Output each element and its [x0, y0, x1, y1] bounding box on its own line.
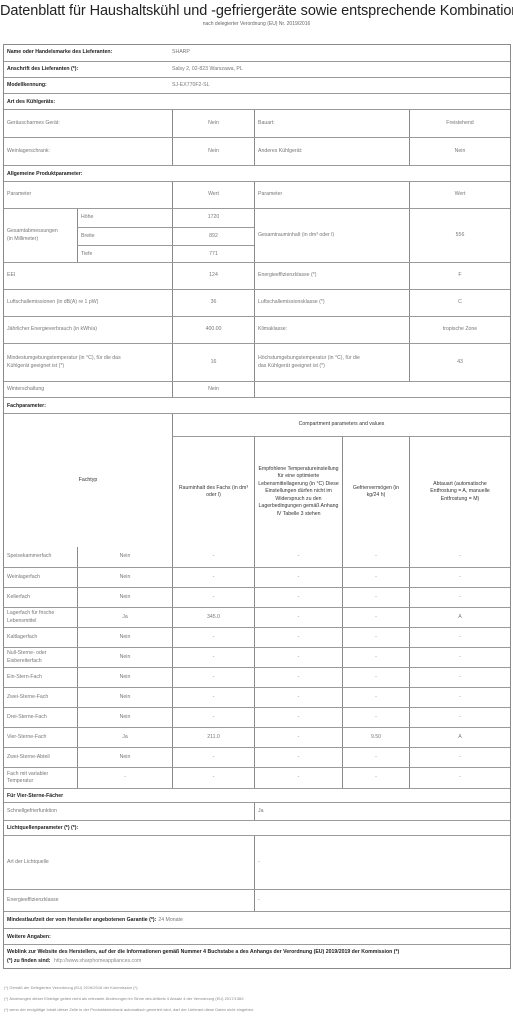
- general-param-row: Mindestumgebungstemperatur (in °C), für …: [4, 343, 510, 381]
- light-type-row: Art der Lichtquelle -: [4, 835, 510, 889]
- compartment-present: Nein: [77, 628, 172, 647]
- compartment-present: Nein: [77, 588, 172, 607]
- compartment-defrost: A: [409, 608, 510, 627]
- compartment-type: Weinlagerfach: [4, 568, 77, 587]
- compartment-type: Kellerfach: [4, 588, 77, 607]
- compartment-defrost: -: [409, 688, 510, 707]
- compartment-freeze: -: [342, 547, 409, 567]
- compartment-present: Ja: [77, 728, 172, 747]
- compartment-temp: -: [254, 588, 342, 607]
- weblink-label: Weblink zur Website des Herstellers, auf…: [7, 948, 399, 956]
- light-class-row: Energieeffizienzklasse -: [4, 889, 510, 911]
- low-noise-value: Nein: [172, 110, 254, 137]
- compartment-freeze: -: [342, 568, 409, 587]
- compartment-present: Nein: [77, 688, 172, 707]
- total-volume-value: 556: [409, 209, 510, 262]
- col-volume-header: Rauminhalt des Fachs (in dm³ oder l): [172, 436, 254, 547]
- col-freeze-header: Gefriervermögen (in kg/24 h): [342, 436, 409, 547]
- compartment-freeze: -: [342, 668, 409, 687]
- compartment-row: Zwei-Sterne-FachNein----: [4, 687, 510, 707]
- footnote-1: (*) Gemäß der Delegierten Verordnung (EU…: [4, 985, 139, 990]
- other-appliance-label: Anderes Kühlgerät:: [254, 138, 409, 165]
- depth-label: Tiefe: [77, 245, 172, 263]
- general-param-row: Jährlicher Energieverbrauch (in kWh/a) 4…: [4, 316, 510, 343]
- eei-value: 124: [172, 263, 254, 289]
- climate-class-value: tropische Zone: [409, 317, 510, 343]
- total-volume-label: Gesamtrauminhalt (in dm³ oder l): [254, 209, 409, 262]
- compartment-defrost: -: [409, 568, 510, 587]
- footnote-2: (*) Änderungen dieser Einträge gelten ni…: [4, 996, 245, 1001]
- compartments-header-row: Fachtyp Compartment parameters and value…: [4, 413, 510, 547]
- width-label: Breite: [77, 227, 172, 245]
- light-heading: Lichtquellenparameter (*) (*):: [7, 821, 78, 835]
- compartment-group-header: Compartment parameters and values: [172, 414, 510, 436]
- supplier-name-label: Name oder Handelsmarke des Lieferanten:: [4, 45, 169, 61]
- compartment-volume: -: [172, 628, 254, 647]
- compartment-defrost: -: [409, 668, 510, 687]
- weblink-url[interactable]: http://www.sharphomeappliances.com: [54, 958, 141, 964]
- supplier-address-label: Anschrift des Lieferanten (*):: [4, 62, 169, 77]
- height-value: 1720: [172, 209, 254, 227]
- compartment-present: Ja: [77, 608, 172, 627]
- light-class-value: -: [254, 890, 510, 911]
- appliance-type-row: Weinlagerschrank: Nein Anderes Kühlgerät…: [4, 137, 510, 165]
- param-col-header: Parameter: [4, 182, 172, 208]
- compartment-present: Nein: [77, 547, 172, 567]
- low-noise-label: Geräuscharmes Gerät:: [4, 110, 172, 137]
- compartment-temp: -: [254, 708, 342, 727]
- compartment-type: Null-Sterne- oder Eisbereiterfach: [4, 648, 77, 667]
- compartment-temp: -: [254, 628, 342, 647]
- compartment-row: WeinlagerfachNein----: [4, 567, 510, 587]
- winter-row: Winterschaltung Nein: [4, 381, 510, 397]
- compartment-defrost: -: [409, 748, 510, 767]
- compartment-type: Ein-Stern-Fach: [4, 668, 77, 687]
- light-type-value: -: [254, 836, 510, 889]
- further-heading: Weitere Angaben:: [7, 929, 51, 944]
- compartment-temp: -: [254, 748, 342, 767]
- compartment-volume: -: [172, 748, 254, 767]
- compartment-temp: -: [254, 728, 342, 747]
- depth-value: 771: [172, 245, 254, 263]
- compartment-row: Lagerfach für frische LebensmittelJa345.…: [4, 607, 510, 627]
- general-header-row: Parameter Wert Parameter Wert: [4, 181, 510, 208]
- energy-class-value: F: [409, 263, 510, 289]
- compartment-freeze: -: [342, 708, 409, 727]
- compartment-row: SpeisekammerfachNein----: [4, 547, 510, 567]
- noise-class-label: Luftschallemissionsklasse (*): [254, 290, 409, 316]
- col-defrost-header: Abtauart (automatische Entfrostung = A, …: [409, 436, 510, 547]
- supplier-address-value: Salsy 2, 02-823 Warszawa, PL: [169, 62, 469, 77]
- value-col-header-2: Wert: [409, 182, 510, 208]
- compartment-volume: -: [172, 547, 254, 567]
- compartment-volume: -: [172, 588, 254, 607]
- compartment-freeze: -: [342, 628, 409, 647]
- noise-class-value: C: [409, 290, 510, 316]
- light-class-label: Energieeffizienzklasse: [4, 890, 254, 911]
- compartment-freeze: -: [342, 608, 409, 627]
- general-section: Allgemeine Produktparameter:: [4, 165, 510, 181]
- compartment-temp: -: [254, 568, 342, 587]
- compartment-row: Fach mit variabler Temperatur-----: [4, 767, 510, 788]
- model-value: SJ-EX770F2-SL: [169, 78, 469, 93]
- model-row: Modellkennung: SJ-EX770F2-SL: [4, 77, 510, 93]
- compartment-volume: -: [172, 688, 254, 707]
- compartment-type: Lagerfach für frische Lebensmittel: [4, 608, 77, 627]
- col-temp-header: Empfohlene Temperatureinstellung für ein…: [254, 436, 342, 547]
- dimensions-row: Gesamtabmessungen (in Millimeter) Höhe B…: [4, 208, 510, 262]
- compartment-volume: -: [172, 708, 254, 727]
- noise-value: 36: [172, 290, 254, 316]
- compartment-volume: -: [172, 768, 254, 788]
- dimensions-label: Gesamtabmessungen (in Millimeter): [4, 209, 77, 262]
- further-section: Weitere Angaben:: [4, 928, 510, 944]
- compartment-defrost: -: [409, 588, 510, 607]
- compartment-temp: -: [254, 668, 342, 687]
- fast-freeze-label: Schnellgefrierfunktion: [4, 803, 254, 820]
- compartment-rows: SpeisekammerfachNein----WeinlagerfachNei…: [4, 547, 510, 788]
- warranty-value: 24 Monate: [158, 917, 183, 923]
- compartment-type-header: Fachtyp: [4, 414, 172, 547]
- max-temp-value: 43: [409, 344, 510, 381]
- noise-label: Luftschallemissionen (in dB(A) re 1 pW): [4, 290, 172, 316]
- supplier-name-row: Name oder Handelsmarke des Lieferanten: …: [4, 45, 510, 61]
- design-value: Freistehend: [409, 110, 510, 137]
- page-subtitle: nach delegierter Verordnung (EU) Nr. 201…: [0, 21, 513, 27]
- annual-energy-label: Jährlicher Energieverbrauch (in kWh/a): [4, 317, 172, 343]
- eei-label: EEI: [4, 263, 172, 289]
- compartment-freeze: -: [342, 748, 409, 767]
- wine-cabinet-value: Nein: [172, 138, 254, 165]
- compartment-type: Speisekammerfach: [4, 547, 77, 567]
- compartment-row: Ein-Stern-FachNein----: [4, 667, 510, 687]
- four-star-section: Für Vier-Sterne-Fächer: [4, 788, 510, 802]
- compartment-present: -: [77, 768, 172, 788]
- annual-energy-value: 400.00: [172, 317, 254, 343]
- light-section: Lichtquellenparameter (*) (*):: [4, 820, 510, 835]
- compartment-temp: -: [254, 768, 342, 788]
- footnote-3: (*) wenn der endgültige Inhalt dieser Ze…: [4, 1007, 254, 1012]
- compartment-volume: 345.0: [172, 608, 254, 627]
- weblink-row: Weblink zur Website des Herstellers, auf…: [4, 944, 510, 968]
- warranty-label: Mindestlaufzeit der vom Hersteller angeb…: [7, 912, 183, 928]
- compartment-freeze: -: [342, 588, 409, 607]
- compartment-row: Null-Sterne- oder EisbereiterfachNein---…: [4, 647, 510, 667]
- energy-class-label: Energieeffizienzklasse (*): [254, 263, 409, 289]
- light-type-label: Art der Lichtquelle: [4, 836, 254, 889]
- compartment-freeze: -: [342, 648, 409, 667]
- compartment-temp: -: [254, 688, 342, 707]
- climate-class-label: Klimaklasse:: [254, 317, 409, 343]
- general-heading: Allgemeine Produktparameter:: [7, 166, 83, 181]
- compartments-section: Fachparameter:: [4, 397, 510, 413]
- fast-freeze-value: Ja: [254, 803, 510, 820]
- compartment-present: Nein: [77, 668, 172, 687]
- appliance-type-heading: Art des Kühlgeräts:: [7, 94, 55, 109]
- compartment-freeze: 9.50: [342, 728, 409, 747]
- compartment-defrost: -: [409, 628, 510, 647]
- compartment-freeze: -: [342, 768, 409, 788]
- value-col-header: Wert: [172, 182, 254, 208]
- compartment-defrost: -: [409, 768, 510, 788]
- compartment-row: Vier-Sterne-FachJa211.0-9.50A: [4, 727, 510, 747]
- compartment-volume: -: [172, 568, 254, 587]
- compartments-heading: Fachparameter:: [7, 398, 46, 413]
- compartment-defrost: -: [409, 547, 510, 567]
- compartment-temp: -: [254, 547, 342, 567]
- max-temp-label: Höchstumgebungstemperatur (in °C), für d…: [254, 344, 409, 381]
- min-temp-label: Mindestumgebungstemperatur (in °C), für …: [4, 344, 172, 381]
- compartment-volume: 211.0: [172, 728, 254, 747]
- compartment-type: Zwei-Sterne-Fach: [4, 688, 77, 707]
- param-col-header-2: Parameter: [254, 182, 409, 208]
- compartment-row: KellerfachNein----: [4, 587, 510, 607]
- appliance-type-row: Geräuscharmes Gerät: Nein Bauart: Freist…: [4, 109, 510, 137]
- model-label: Modellkennung:: [4, 78, 169, 93]
- compartment-type: Drei-Sterne-Fach: [4, 708, 77, 727]
- winter-empty: [254, 382, 510, 397]
- compartment-type: Zwei-Sterne-Abteil: [4, 748, 77, 767]
- compartment-row: Zwei-Sterne-AbteilNein----: [4, 747, 510, 767]
- compartment-row: KaltlagerfachNein----: [4, 627, 510, 647]
- height-label: Höhe: [77, 209, 172, 227]
- compartment-freeze: -: [342, 688, 409, 707]
- compartment-present: Nein: [77, 748, 172, 767]
- width-value: 892: [172, 227, 254, 245]
- compartment-type: Vier-Sterne-Fach: [4, 728, 77, 747]
- compartment-type: Fach mit variabler Temperatur: [4, 768, 77, 788]
- winter-value: Nein: [172, 382, 254, 397]
- appliance-type-section: Art des Kühlgeräts:: [4, 93, 510, 109]
- page-title: Datenblatt für Haushaltskühl und -gefrie…: [0, 3, 513, 19]
- general-param-row: Luftschallemissionen (in dB(A) re 1 pW) …: [4, 289, 510, 316]
- compartment-defrost: A: [409, 728, 510, 747]
- compartment-row: Drei-Sterne-FachNein----: [4, 707, 510, 727]
- weblink-label-2: (*) zu finden sind:: [7, 958, 51, 964]
- compartment-temp: -: [254, 648, 342, 667]
- compartment-type: Kaltlagerfach: [4, 628, 77, 647]
- warranty-row: Mindestlaufzeit der vom Hersteller angeb…: [4, 911, 510, 928]
- compartment-temp: -: [254, 608, 342, 627]
- compartment-volume: -: [172, 648, 254, 667]
- datasheet-table: Name oder Handelsmarke des Lieferanten: …: [3, 44, 511, 969]
- design-label: Bauart:: [254, 110, 409, 137]
- compartment-defrost: -: [409, 708, 510, 727]
- general-param-row: EEI 124 Energieeffizienzklasse (*) F: [4, 262, 510, 289]
- four-star-heading: Für Vier-Sterne-Fächer: [7, 789, 63, 802]
- compartment-present: Nein: [77, 648, 172, 667]
- compartment-present: Nein: [77, 708, 172, 727]
- compartment-present: Nein: [77, 568, 172, 587]
- compartment-volume: -: [172, 668, 254, 687]
- min-temp-value: 16: [172, 344, 254, 381]
- wine-cabinet-label: Weinlagerschrank:: [4, 138, 172, 165]
- compartment-defrost: -: [409, 648, 510, 667]
- winter-label: Winterschaltung: [4, 382, 172, 397]
- fast-freeze-row: Schnellgefrierfunktion Ja: [4, 802, 510, 820]
- supplier-name-value: SHARP: [169, 45, 469, 61]
- supplier-address-row: Anschrift des Lieferanten (*): Salsy 2, …: [4, 61, 510, 77]
- other-appliance-value: Nein: [409, 138, 510, 165]
